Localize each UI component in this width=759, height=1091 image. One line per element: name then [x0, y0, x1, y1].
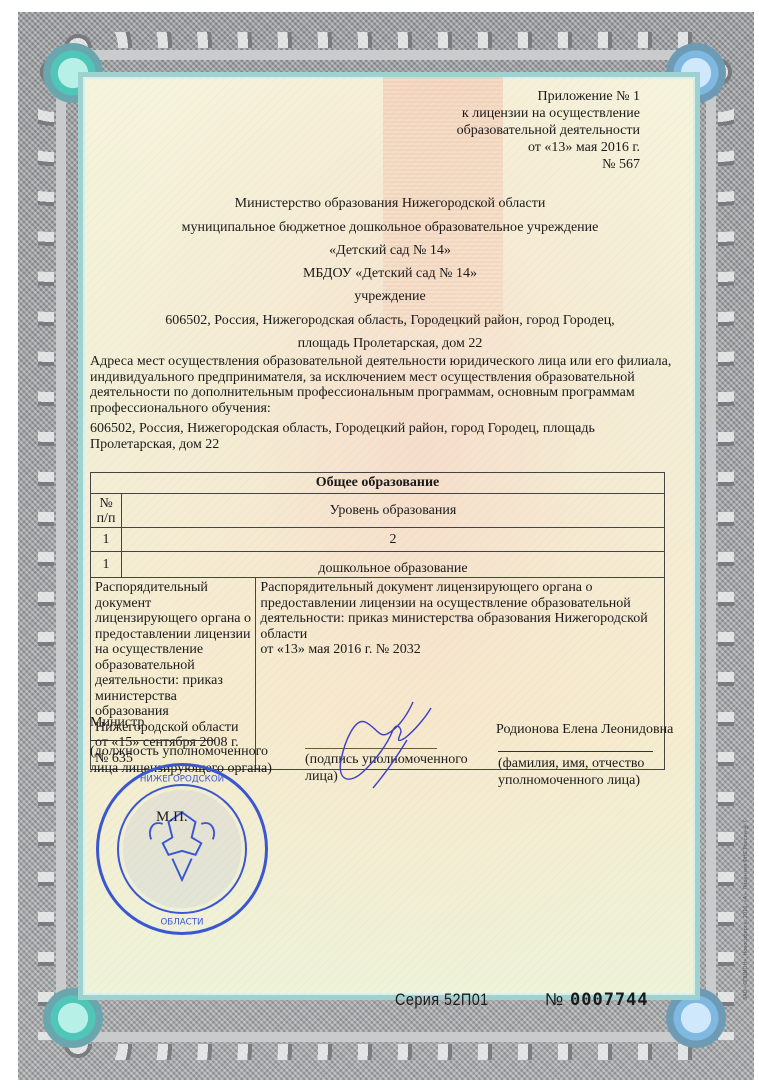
table-title: Общее образование — [91, 473, 665, 494]
appendix-line: к лицензии на осуществление — [420, 105, 640, 122]
official-full-name: Родионова Елена Леонидовна — [496, 721, 673, 738]
activity-places-address: 606502, Россия, Нижегородская область, Г… — [90, 421, 680, 452]
activity-places-intro: Адреса мест осуществления образовательно… — [90, 354, 680, 416]
column-header-level: Уровень образования — [122, 494, 665, 528]
organization-name: «Детский сад № 14» — [90, 243, 690, 259]
series-label: Серия — [395, 990, 440, 1009]
official-seal-icon: НИЖЕГОРОДСКОЙ ОБЛАСТИ — [96, 763, 268, 935]
document-description: Распорядительный документ лицензирующего… — [260, 580, 660, 642]
number-value: 0007744 — [570, 990, 649, 1010]
appendix-title: Приложение № 1 — [420, 88, 640, 105]
organization-short-name: МБДОУ «Детский сад № 14» — [90, 266, 690, 282]
index-row-level: 2 — [122, 528, 665, 552]
license-document-reissue: Распорядительный документ лицензирующего… — [256, 578, 665, 770]
name-underline — [498, 751, 653, 752]
licensing-authority: Министерство образования Нижегородской о… — [90, 196, 690, 212]
organization-kind: учреждение — [90, 289, 690, 305]
frame-ornament-right — [718, 52, 734, 1040]
position-underline — [90, 740, 215, 741]
document-description: Распорядительный документ лицензирующего… — [95, 580, 251, 735]
frame-ornament-left — [38, 52, 54, 1040]
blank-number: № 0007744 — [545, 990, 649, 1010]
seal-ring-text: ОБЛАСТИ — [160, 917, 203, 927]
name-caption: (фамилия, имя, отчество уполномоченного … — [498, 755, 668, 789]
appendix-reference: Приложение № 1 к лицензии на осуществлен… — [420, 88, 640, 173]
row-number: 1 — [91, 552, 122, 578]
organization-type: муниципальное бюджетное дошкольное образ… — [90, 220, 690, 236]
row-level: дошкольное образование — [122, 552, 665, 578]
organization-address-cont: площадь Пролетарская, дом 22 — [90, 336, 690, 352]
handwritten-signature-icon — [335, 700, 445, 790]
table-row: 1 дошкольное образование — [91, 552, 665, 578]
blank-series: Серия 52П01 — [395, 990, 489, 1010]
number-label: № — [545, 990, 564, 1009]
seal-ring-text: НИЖЕГОРОДСКОЙ — [140, 772, 224, 784]
appendix-line: образовательной деятельности — [420, 122, 640, 139]
appendix-date: от «13» мая 2016 г. — [420, 139, 640, 156]
organization-header: Министерство образования Нижегородской о… — [90, 196, 690, 356]
official-position: Министр — [90, 714, 144, 731]
appendix-number: № 567 — [420, 156, 640, 173]
printer-imprint: ЗАО «ОПЦИОН», Новосибирск, 2016, «А», Ли… — [743, 820, 757, 1000]
series-value: 52П01 — [444, 990, 489, 1009]
frame-ornament-top — [58, 32, 714, 48]
seal-emblem-icon: НИЖЕГОРОДСКОЙ ОБЛАСТИ — [99, 766, 265, 932]
stamp-place-label: М.П. — [156, 809, 188, 826]
organization-address: 606502, Россия, Нижегородская область, Г… — [90, 313, 690, 329]
column-header-number: № п/п — [91, 494, 122, 528]
index-row-number: 1 — [91, 528, 122, 552]
frame-ornament-bottom — [58, 1044, 714, 1060]
document-date: от «13» мая 2016 г. № 2032 — [260, 642, 660, 658]
